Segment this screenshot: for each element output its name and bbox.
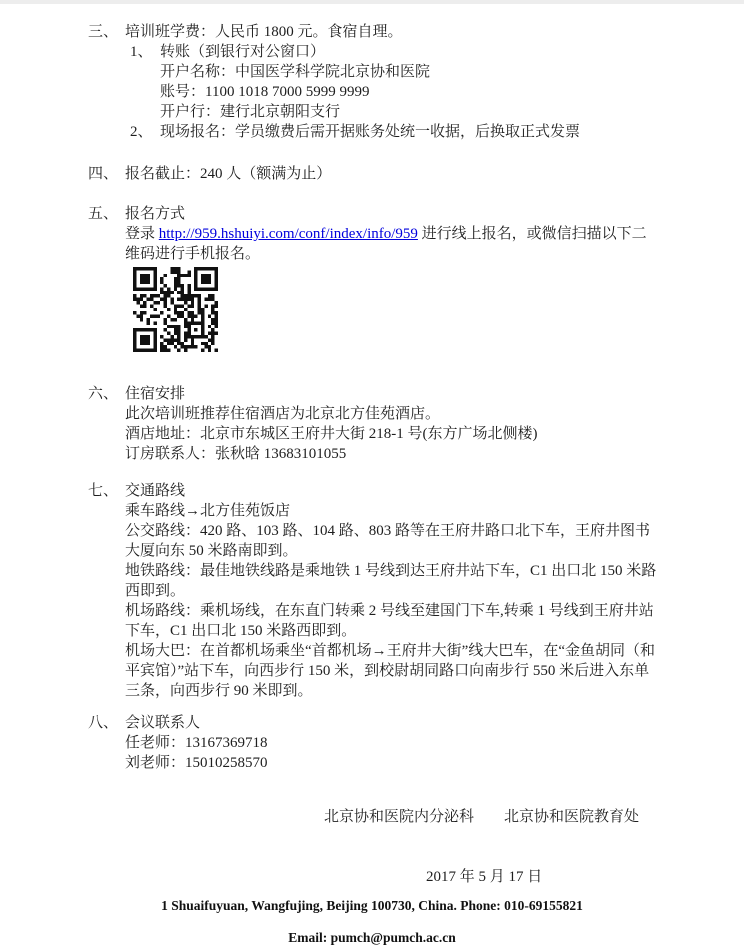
section-title: 住宿安排 xyxy=(125,384,660,404)
section-title: 报名方式 xyxy=(125,204,660,224)
list-item-body: 转账（到银行对公窗口） 开户名称：中国医学科学院北京协和医院 账号：1100 1… xyxy=(160,42,660,122)
section-number: 三、 xyxy=(88,22,125,142)
section-number: 八、 xyxy=(88,713,125,773)
text-line: 乘车路线→北方佳苑饭店 xyxy=(125,501,660,521)
registration-qr-code xyxy=(133,267,218,352)
section-title: 培训班学费：人民币 1800 元。食宿自理。 xyxy=(125,22,660,42)
section-body: 住宿安排 此次培训班推荐住宿酒店为北京北方佳苑酒店。 酒店地址：北京市东城区王府… xyxy=(125,384,660,464)
section-registration-limit: 四、 报名截止：240 人（额满为止） xyxy=(0,164,744,184)
footer-address: 1 Shuaifuyuan, Wangfujing, Beijing 10073… xyxy=(0,897,744,915)
section-number: 六、 xyxy=(88,384,125,464)
section-number: 七、 xyxy=(88,481,125,701)
paragraph: 公交路线：420 路、103 路、104 路、803 路等在王府井路口北下车，王… xyxy=(125,521,660,561)
paragraph: 地铁路线：最佳地铁线路是乘地铁 1 号线到达王府井站下车，C1 出口北 150 … xyxy=(125,561,660,601)
section-number: 五、 xyxy=(88,204,125,264)
section-accommodation: 六、 住宿安排 此次培训班推荐住宿酒店为北京北方佳苑酒店。 酒店地址：北京市东城… xyxy=(0,384,744,464)
document-date: 2017 年 5 月 17 日 xyxy=(426,867,744,887)
section-tuition: 三、 培训班学费：人民币 1800 元。食宿自理。 1、 转账（到银行对公窗口）… xyxy=(0,22,744,142)
section-title: 交通路线 xyxy=(125,481,660,501)
document-page: 三、 培训班学费：人民币 1800 元。食宿自理。 1、 转账（到银行对公窗口）… xyxy=(0,0,744,949)
text-line: 开户行：建行北京朝阳支行 xyxy=(160,102,660,122)
section-body: 报名截止：240 人（额满为止） xyxy=(125,164,660,184)
registration-instructions: 登录 http://959.hshuiyi.com/conf/index/inf… xyxy=(125,224,660,264)
list-item-body: 现场报名：学员缴费后需开据账务处统一收据，后换取正式发票 xyxy=(160,122,660,142)
list-item-number: 2、 xyxy=(130,122,160,142)
list-item: 2、 现场报名：学员缴费后需开据账务处统一收据，后换取正式发票 xyxy=(125,122,660,142)
list-item-number: 1、 xyxy=(130,42,160,122)
paragraph: 机场大巴：在首都机场乘坐“首都机场→王府井大街”线大巴车，在“金鱼胡同（和平宾馆… xyxy=(125,641,660,701)
text-line: 现场报名：学员缴费后需开据账务处统一收据，后换取正式发票 xyxy=(160,122,660,142)
section-body: 培训班学费：人民币 1800 元。食宿自理。 1、 转账（到银行对公窗口） 开户… xyxy=(125,22,660,142)
signature-line: 北京协和医院内分泌科 北京协和医院教育处 xyxy=(324,807,744,827)
text-span: 登录 xyxy=(125,226,159,242)
list-item: 1、 转账（到银行对公窗口） 开户名称：中国医学科学院北京协和医院 账号：110… xyxy=(125,42,660,122)
section-body: 会议联系人 任老师：13167369718 刘老师：15010258570 xyxy=(125,713,660,773)
contact-line: 任老师：13167369718 xyxy=(125,733,660,753)
section-number: 四、 xyxy=(88,164,125,184)
text-line: 账号：1100 1018 7000 5999 9999 xyxy=(160,82,660,102)
section-title: 报名截止：240 人（额满为止） xyxy=(125,164,660,184)
section-transportation: 七、 交通路线 乘车路线→北方佳苑饭店 公交路线：420 路、103 路、104… xyxy=(0,481,744,701)
section-registration-method: 五、 报名方式 登录 http://959.hshuiyi.com/conf/i… xyxy=(0,204,744,264)
text-line: 转账（到银行对公窗口） xyxy=(160,42,660,62)
document-content: 三、 培训班学费：人民币 1800 元。食宿自理。 1、 转账（到银行对公窗口）… xyxy=(0,4,744,947)
section-body: 交通路线 乘车路线→北方佳苑饭店 公交路线：420 路、103 路、104 路、… xyxy=(125,481,660,701)
text-line: 此次培训班推荐住宿酒店为北京北方佳苑酒店。 xyxy=(125,404,660,424)
contact-line: 刘老师：15010258570 xyxy=(125,753,660,773)
text-line: 酒店地址：北京市东城区王府井大街 218-1 号(东方广场北侧楼) xyxy=(125,424,660,444)
section-contacts: 八、 会议联系人 任老师：13167369718 刘老师：15010258570 xyxy=(0,713,744,773)
section-body: 报名方式 登录 http://959.hshuiyi.com/conf/inde… xyxy=(125,204,660,264)
qr-code-icon xyxy=(133,267,218,352)
text-line: 订房联系人：张秋晗 13683101055 xyxy=(125,444,660,464)
text-line: 开户名称：中国医学科学院北京协和医院 xyxy=(160,62,660,82)
footer-email: Email: pumch@pumch.ac.cn xyxy=(0,929,744,947)
section-title: 会议联系人 xyxy=(125,713,660,733)
paragraph: 机场路线：乘机场线，在东直门转乘 2 号线至建国门下车,转乘 1 号线到王府井站… xyxy=(125,601,660,641)
registration-link[interactable]: http://959.hshuiyi.com/conf/index/info/9… xyxy=(159,226,418,242)
